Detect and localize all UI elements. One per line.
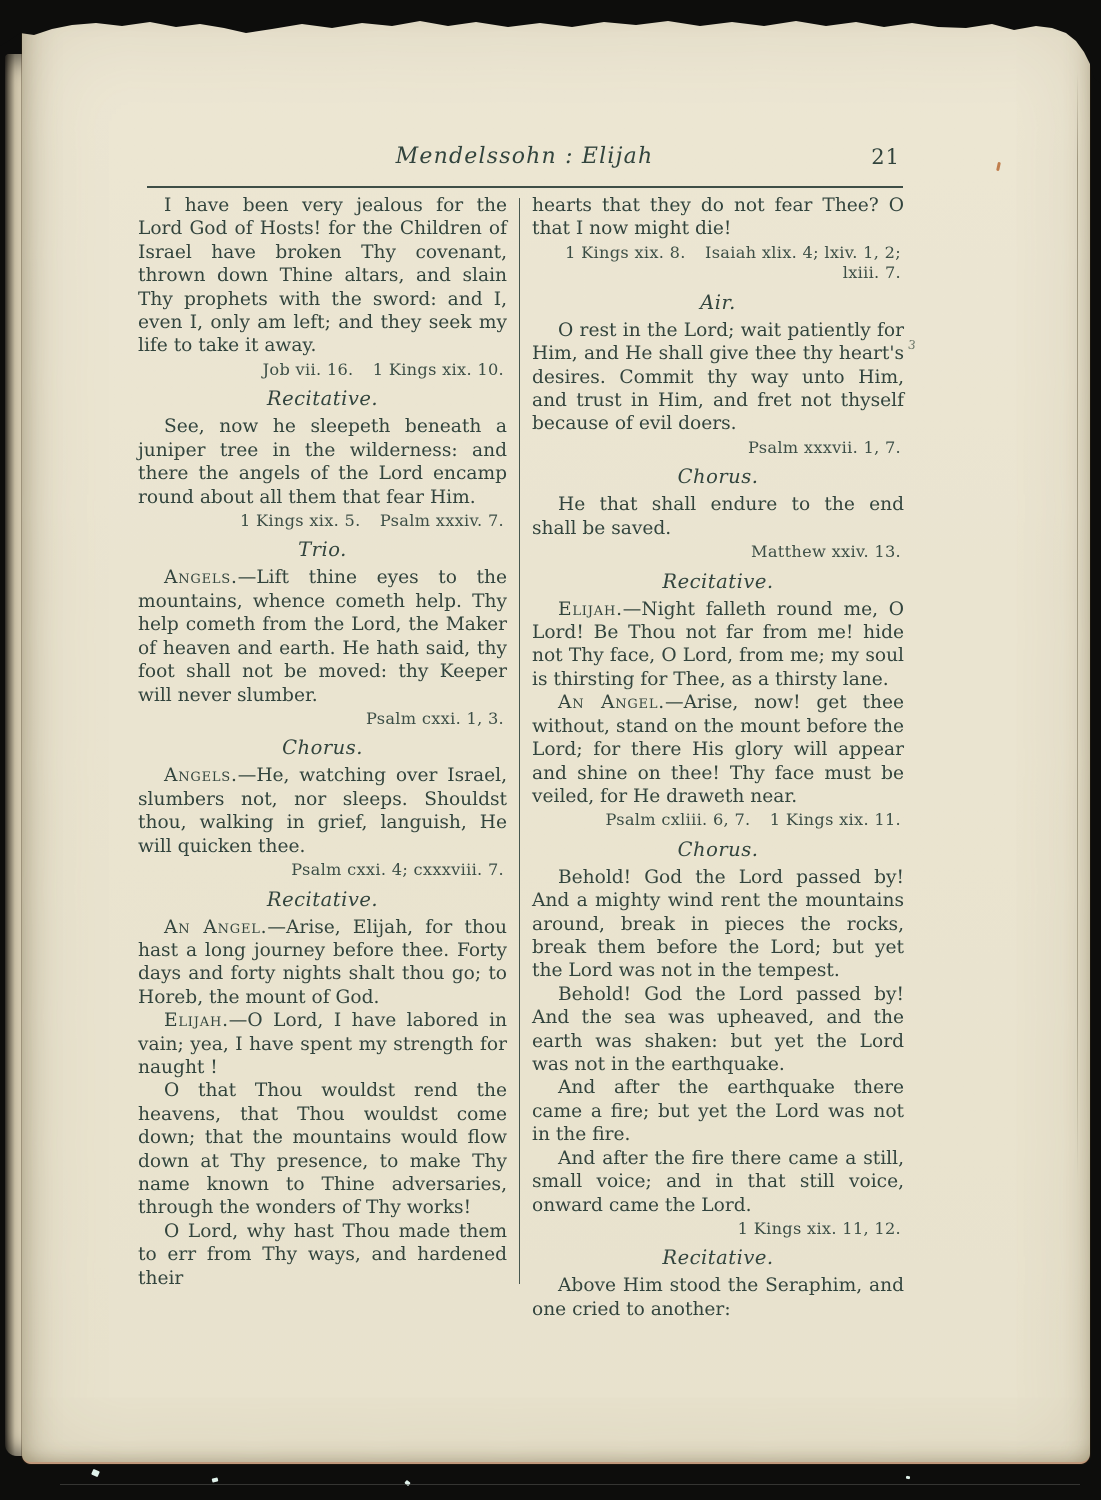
libretto-paragraph: Behold! God the Lord passed by! And a mi… (532, 866, 904, 983)
speaker-name: Elijah. (558, 599, 623, 620)
scan-speck (212, 1477, 219, 1482)
movement-heading: Trio. (138, 538, 507, 561)
scripture-reference: Matthew xxiv. 13. (532, 542, 904, 563)
scripture-reference: Job vii. 16. 1 Kings xix. 10. (138, 360, 507, 381)
scan-speck (404, 1480, 410, 1486)
libretto-paragraph: O Lord, why hast Thou made them to err f… (138, 1220, 507, 1290)
libretto-paragraph: Elijah.—Night falleth round me, O Lord! … (532, 598, 904, 692)
libretto-paragraph: O rest in the Lord; wait patiently for H… (532, 319, 904, 436)
scripture-reference: 1 Kings xix. 8. Isaiah xlix. 4; lxiv. 1,… (532, 243, 904, 284)
libretto-paragraph: An Angel.—Arise, Elijah, for thou hast a… (138, 916, 507, 1010)
left-column: I have been very jealous for the Lord Go… (138, 194, 507, 1290)
scripture-reference: Psalm cxliii. 6, 7. 1 Kings xix. 11. (532, 810, 904, 831)
libretto-paragraph: And after the earthquake there came a fi… (532, 1076, 904, 1146)
header-rule (147, 186, 903, 188)
text-columns: I have been very jealous for the Lord Go… (138, 194, 904, 1321)
page-edge-fold-line (1077, 72, 1078, 1180)
stray-ink-mark: 3 (907, 338, 917, 353)
scan-background: { "header": { "title": "Mendelssohn : El… (0, 0, 1101, 1500)
libretto-paragraph: I have been very jealous for the Lord Go… (138, 194, 507, 358)
movement-heading: Recitative. (532, 1246, 904, 1269)
movement-heading: Recitative. (138, 888, 507, 911)
movement-heading: Air. (532, 291, 904, 314)
scripture-reference: Psalm cxxi. 4; cxxxviii. 7. (138, 860, 507, 881)
movement-heading: Chorus. (138, 736, 507, 759)
column-divider (519, 198, 520, 1284)
speaker-name: An Angel. (164, 917, 267, 938)
book-page: Mendelssohn : Elijah 21 I have been very… (22, 16, 1090, 1464)
scripture-reference: 1 Kings xix. 5. Psalm xxxiv. 7. (138, 511, 507, 532)
movement-heading: Recitative. (138, 387, 507, 410)
scripture-reference: Psalm cxxi. 1, 3. (138, 709, 507, 730)
libretto-paragraph: hearts that they do not fear Thee? O tha… (532, 194, 904, 241)
libretto-paragraph: An Angel.—Arise, now! get thee without, … (532, 691, 904, 808)
libretto-paragraph: He that shall endure to the end shall be… (532, 493, 904, 540)
scripture-reference: Psalm xxxvii. 1, 7. (532, 438, 904, 459)
speaker-name: Elijah. (164, 1010, 229, 1031)
paper-speck (996, 162, 1001, 171)
page-header: Mendelssohn : Elijah 21 (147, 144, 902, 178)
libretto-paragraph: Angels.—Lift thine eyes to the mountains… (138, 566, 507, 706)
scan-speck (906, 1476, 910, 1480)
page-title: Mendelssohn : Elijah (147, 144, 902, 169)
speaker-name: Angels. (164, 765, 238, 786)
scripture-reference: 1 Kings xix. 11, 12. (532, 1219, 904, 1240)
libretto-paragraph: O that Thou wouldst rend the heavens, th… (138, 1079, 507, 1219)
libretto-paragraph: Elijah.—O Lord, I have labored in vain; … (138, 1009, 507, 1079)
speaker-name: Angels. (164, 567, 238, 588)
movement-heading: Recitative. (532, 570, 904, 593)
libretto-paragraph: Angels.—He, watching over Israel, slumbe… (138, 764, 507, 858)
speaker-name: An Angel. (558, 692, 665, 713)
libretto-paragraph: Above Him stood the Seraphim, and one cr… (532, 1274, 904, 1321)
right-column: hearts that they do not fear Thee? O tha… (532, 194, 904, 1321)
libretto-paragraph: See, now he sleepeth beneath a juniper t… (138, 415, 507, 509)
scan-speck (91, 1469, 100, 1477)
page-number: 21 (871, 145, 900, 169)
movement-heading: Chorus. (532, 465, 904, 488)
movement-heading: Chorus. (532, 838, 904, 861)
scan-scratch-line (60, 1484, 1080, 1485)
libretto-paragraph: And after the fire there came a still, s… (532, 1147, 904, 1217)
libretto-paragraph: Behold! God the Lord passed by! And the … (532, 983, 904, 1077)
